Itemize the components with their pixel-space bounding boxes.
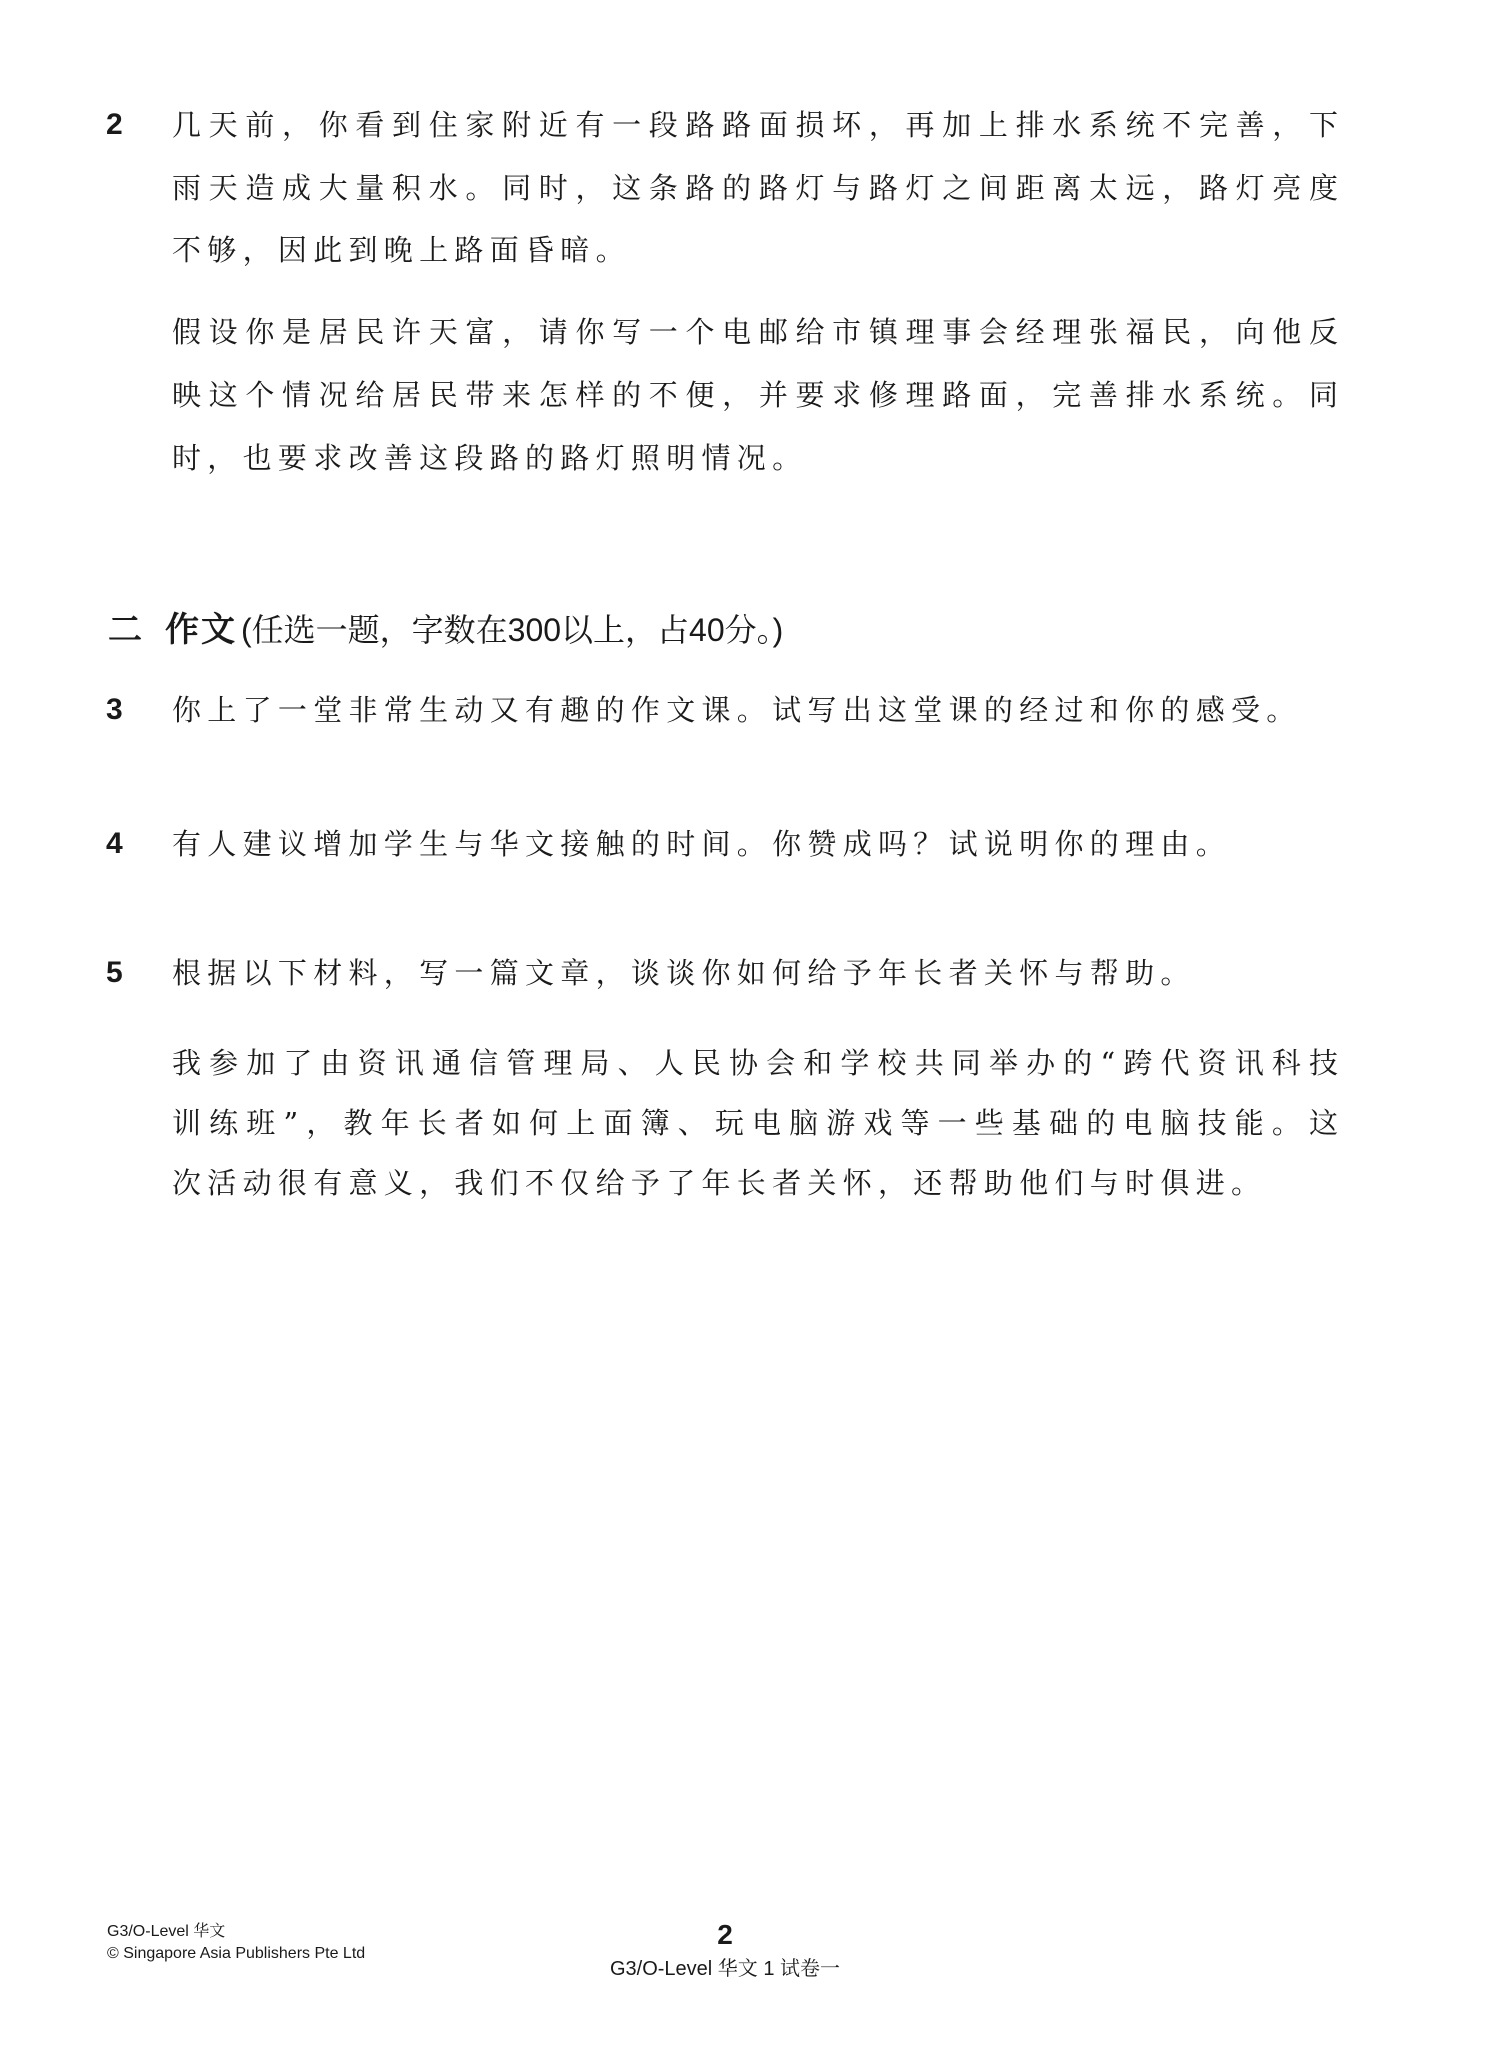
question-2-task-line: 假设你是居民许天富，请你写一个电邮给市镇理事会经理张福民，向他反 xyxy=(172,312,1338,352)
question-number: 2 xyxy=(106,105,146,145)
question-2-task-line: 时，也要求改善这段路的路灯照明情况。 xyxy=(172,438,807,478)
question-5-material-line: 训练班”，教年长者如何上面簿、玩电脑游戏等一些基础的电脑技能。这 xyxy=(172,1103,1338,1143)
question-4-text: 有人建议增加学生与华文接触的时间。你赞成吗？试说明你的理由。 xyxy=(172,824,1231,864)
question-5-text: 根据以下材料，写一篇文章，谈谈你如何给予年长者关怀与帮助。 xyxy=(172,953,1196,993)
exam-page: 2 几天前，你看到住家附近有一段路路面损坏，再加上排水系统不完善，下 雨天造成大… xyxy=(0,0,1500,2048)
question-2-task-line: 映这个情况给居民带来怎样的不便，并要求修理路面，完善排水系统。同 xyxy=(172,375,1338,415)
question-number: 5 xyxy=(106,953,146,993)
section-title: 作文 xyxy=(165,611,237,649)
question-5-material-line: 次活动很有意义，我们不仅给予了年长者关怀，还帮助他们与时俱进。 xyxy=(172,1163,1266,1203)
question-number: 4 xyxy=(106,824,146,864)
question-number: 3 xyxy=(106,690,146,730)
footer-book-title: G3/O-Level 华文 xyxy=(107,1922,225,1942)
footer-paper-code: G3/O-Level 华文 1 试卷一 xyxy=(525,1957,925,1981)
question-2-prompt-line: 雨天造成大量积水。同时，这条路的路灯与路灯之间距离太远，路灯亮度 xyxy=(172,168,1338,208)
section-heading: 二作文(任选一题，字数在300以上，占40分。) xyxy=(108,608,783,652)
section-number: 二 xyxy=(108,608,165,652)
question-2-prompt-line: 不够，因此到晚上路面昏暗。 xyxy=(172,230,631,270)
question-3-text: 你上了一堂非常生动又有趣的作文课。试写出这堂课的经过和你的感受。 xyxy=(172,690,1302,730)
page-number: 2 xyxy=(700,1921,750,1949)
section-instructions: (任选一题，字数在300以上，占40分。) xyxy=(241,612,783,648)
question-2-prompt-line: 几天前，你看到住家附近有一段路路面损坏，再加上排水系统不完善，下 xyxy=(172,105,1338,145)
question-5-material-line: 我参加了由资讯通信管理局、人民协会和学校共同举办的“跨代资讯科技 xyxy=(172,1043,1338,1083)
footer-copyright: © Singapore Asia Publishers Pte Ltd xyxy=(107,1944,365,1964)
